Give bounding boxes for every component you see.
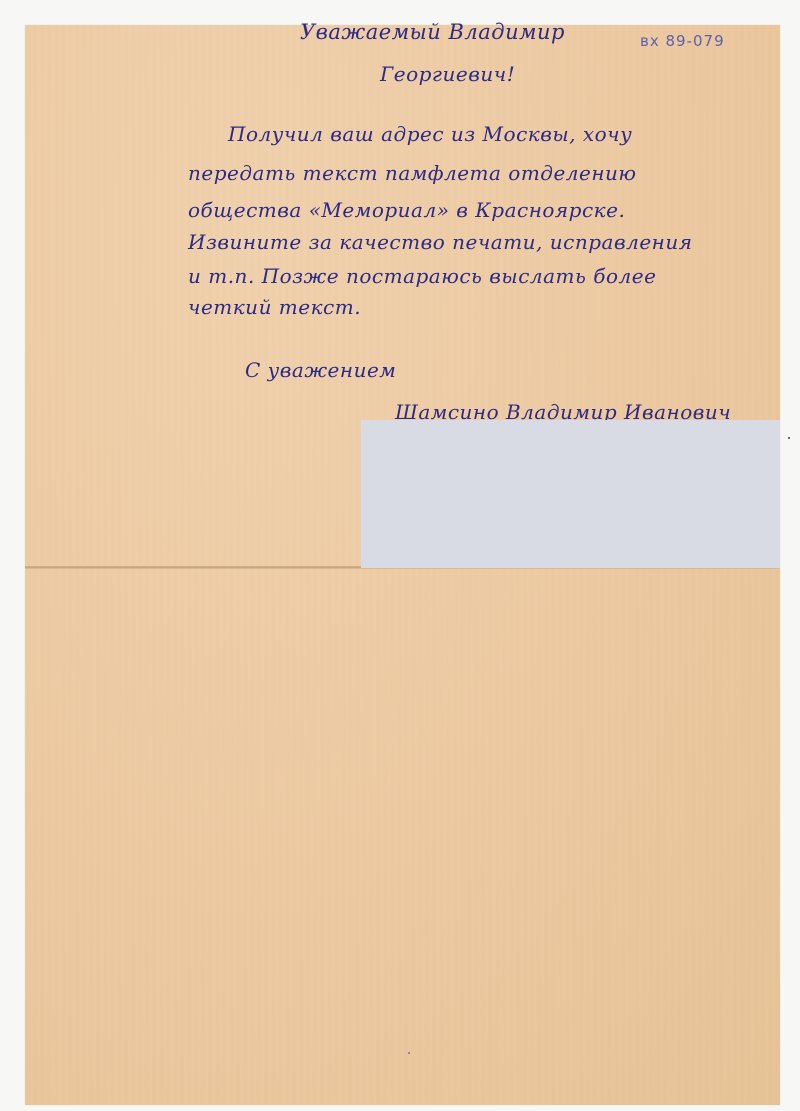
paper-speck — [788, 437, 790, 439]
body-line: Получил ваш адрес из Москвы, хочу — [228, 122, 632, 146]
archival-number: вх 89-079 — [640, 32, 725, 50]
closing: С уважением — [245, 358, 396, 382]
body-line: передать текст памфлета отделению — [188, 161, 637, 185]
greeting-line-1: Уважаемый Владимир — [300, 20, 565, 44]
body-line: четкий текст. — [188, 295, 361, 319]
body-line: Извините за качество печати, исправления — [188, 230, 692, 254]
paper-speck — [408, 1052, 410, 1054]
body-line: и т.п. Позже постараюсь выслать более — [188, 264, 656, 288]
body-line: общества «Мемориал» в Красноярске. — [188, 198, 625, 222]
redaction-box — [361, 420, 780, 568]
greeting-line-2: Георгиевич! — [380, 62, 515, 86]
